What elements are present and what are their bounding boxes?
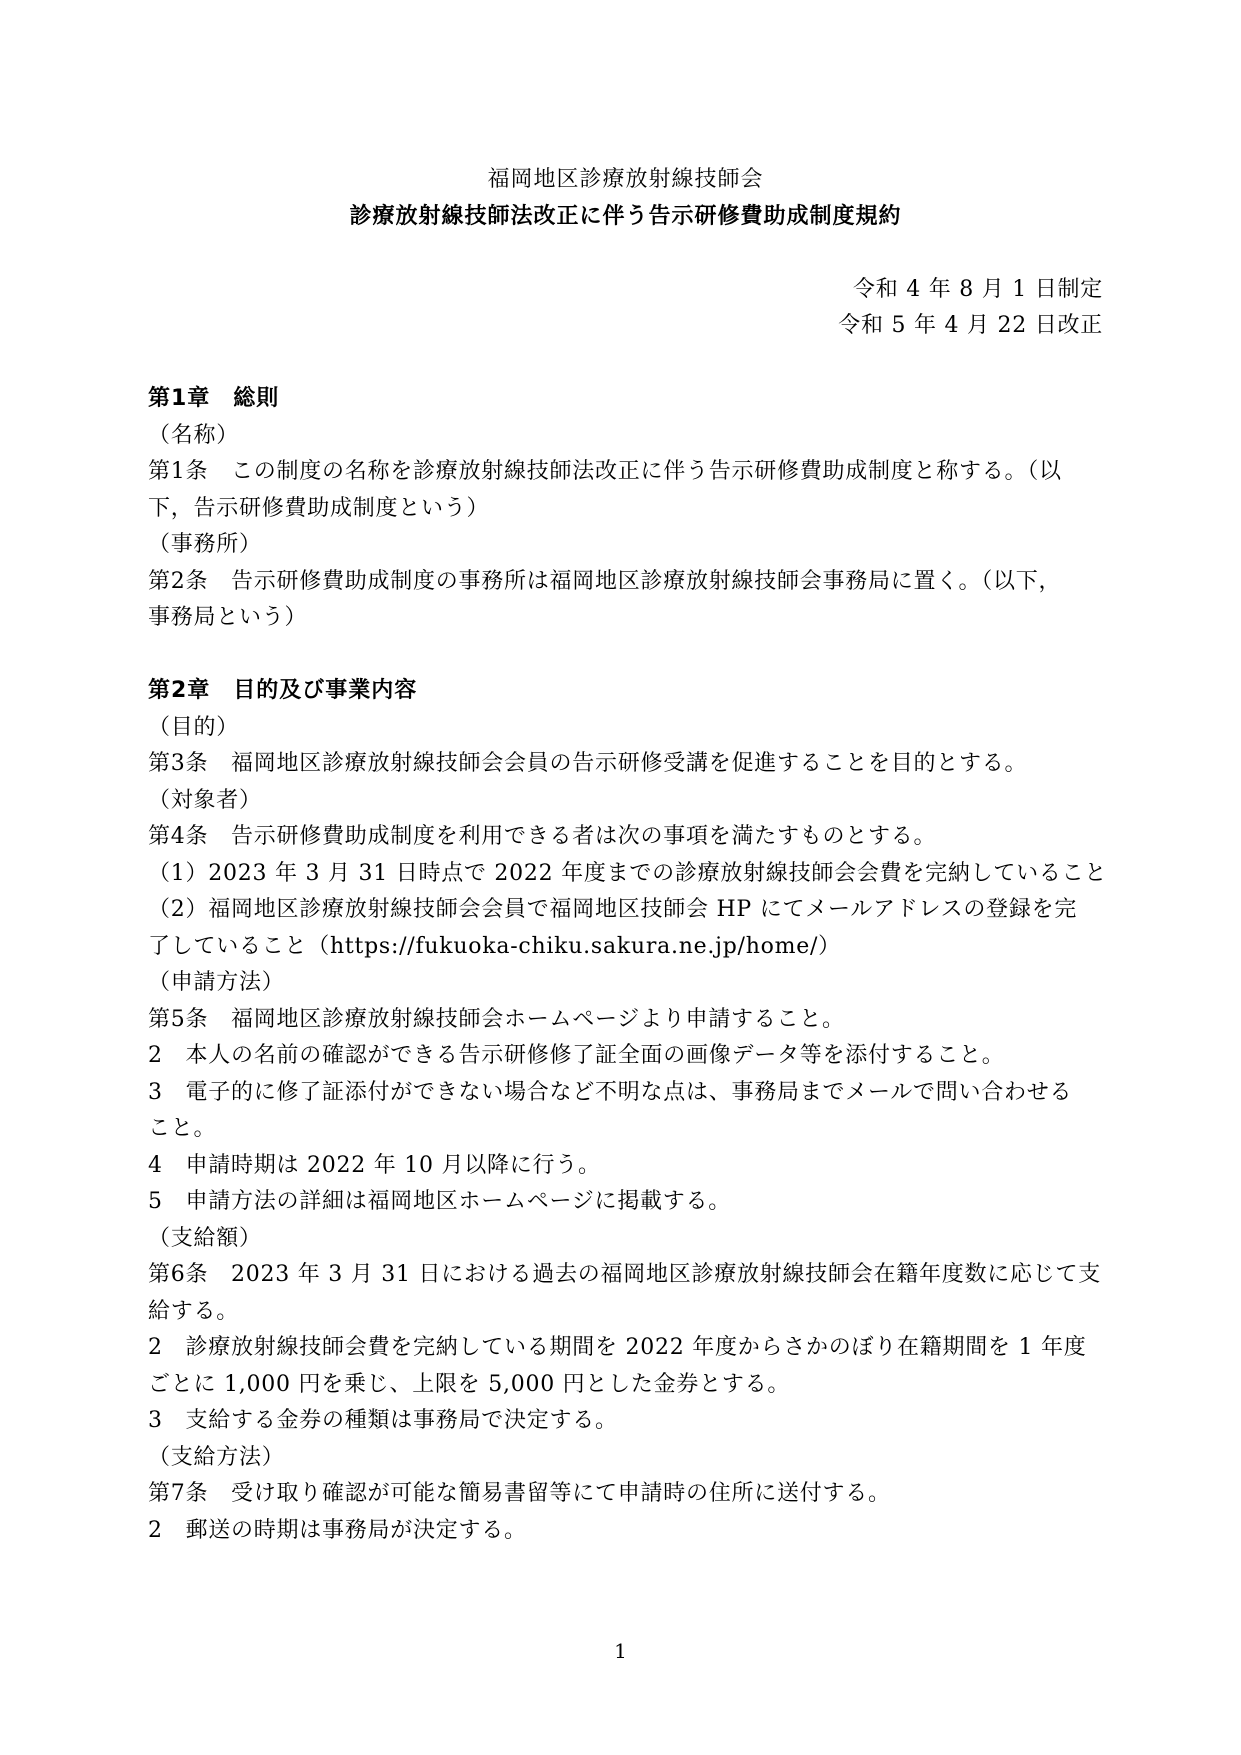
document-page: 福岡地区診療放射線技師会 診療放射線技師法改正に伴う告示研修費助成制度規約 令和… <box>0 0 1241 1755</box>
document-line: 第5条 福岡地区診療放射線技師会ホームページより申請すること。 <box>148 1002 1103 1039</box>
document-line: （支給方法） <box>148 1440 1103 1477</box>
document-line: 了していること（https://fukuoka-chiku.sakura.ne.… <box>148 929 1103 966</box>
document-line: 3 支給する金券の種類は事務局で決定する。 <box>148 1403 1103 1440</box>
document-line: 2 診療放射線技師会費を完納している期間を 2022 年度からさかのぼり在籍期間… <box>148 1330 1103 1367</box>
document-line: 第7条 受け取り確認が可能な簡易書留等にて申請時の住所に送付する。 <box>148 1476 1103 1513</box>
document-line: （目的） <box>148 710 1103 747</box>
document-line: （名称） <box>148 418 1103 455</box>
chapter-heading: 第1章 総則 <box>148 381 1103 418</box>
document-line: （1）2023 年 3 月 31 日時点で 2022 年度までの診療放射線技師会… <box>148 856 1103 893</box>
enacted-date: 令和 4 年 8 月 1 日制定 <box>148 272 1103 309</box>
document-line: こと。 <box>148 1111 1103 1148</box>
document-line: （申請方法） <box>148 965 1103 1002</box>
revised-date: 令和 5 年 4 月 22 日改正 <box>148 308 1103 345</box>
spacer <box>148 345 1103 382</box>
document-title-block: 福岡地区診療放射線技師会 診療放射線技師法改正に伴う告示研修費助成制度規約 <box>148 162 1103 235</box>
spacer <box>148 637 1103 674</box>
date-block: 令和 4 年 8 月 1 日制定 令和 5 年 4 月 22 日改正 <box>148 272 1103 345</box>
chapter-heading: 第2章 目的及び事業内容 <box>148 673 1103 710</box>
document-line: （2）福岡地区診療放射線技師会会員で福岡地区技師会 HP にてメールアドレスの登… <box>148 892 1103 929</box>
document-line: ごとに 1,000 円を乗じ、上限を 5,000 円とした金券とする。 <box>148 1367 1103 1404</box>
document-line: （支給額） <box>148 1221 1103 1258</box>
document-line: 4 申請時期は 2022 年 10 月以降に行う。 <box>148 1148 1103 1185</box>
document-subtitle: 診療放射線技師法改正に伴う告示研修費助成制度規約 <box>148 199 1103 236</box>
document-content: 福岡地区診療放射線技師会 診療放射線技師法改正に伴う告示研修費助成制度規約 令和… <box>148 162 1103 1549</box>
page-number: 1 <box>0 1636 1241 1666</box>
document-line: 2 本人の名前の確認ができる告示研修修了証全面の画像データ等を添付すること。 <box>148 1038 1103 1075</box>
document-line: 事務局という） <box>148 600 1103 637</box>
document-line: （対象者） <box>148 783 1103 820</box>
document-line: 第1条 この制度の名称を診療放射線技師法改正に伴う告示研修費助成制度と称する。（… <box>148 454 1103 491</box>
document-line: 下，告示研修費助成制度という） <box>148 491 1103 528</box>
document-line: 第6条 2023 年 3 月 31 日における過去の福岡地区診療放射線技師会在籍… <box>148 1257 1103 1294</box>
spacer <box>148 235 1103 272</box>
document-line: 給する。 <box>148 1294 1103 1331</box>
document-line: 第2条 告示研修費助成制度の事務所は福岡地区診療放射線技師会事務局に置く。（以下… <box>148 564 1103 601</box>
document-title: 福岡地区診療放射線技師会 <box>148 162 1103 199</box>
document-line: 3 電子的に修了証添付ができない場合など不明な点は、事務局までメールで問い合わせ… <box>148 1075 1103 1112</box>
document-line: （事務所） <box>148 527 1103 564</box>
document-line: 第3条 福岡地区診療放射線技師会会員の告示研修受講を促進することを目的とする。 <box>148 746 1103 783</box>
document-line: 2 郵送の時期は事務局が決定する。 <box>148 1513 1103 1550</box>
document-line: 5 申請方法の詳細は福岡地区ホームページに掲載する。 <box>148 1184 1103 1221</box>
document-body-lines: 第1章 総則（名称）第1条 この制度の名称を診療放射線技師法改正に伴う告示研修費… <box>148 381 1103 1549</box>
document-line: 第4条 告示研修費助成制度を利用できる者は次の事項を満たすものとする。 <box>148 819 1103 856</box>
